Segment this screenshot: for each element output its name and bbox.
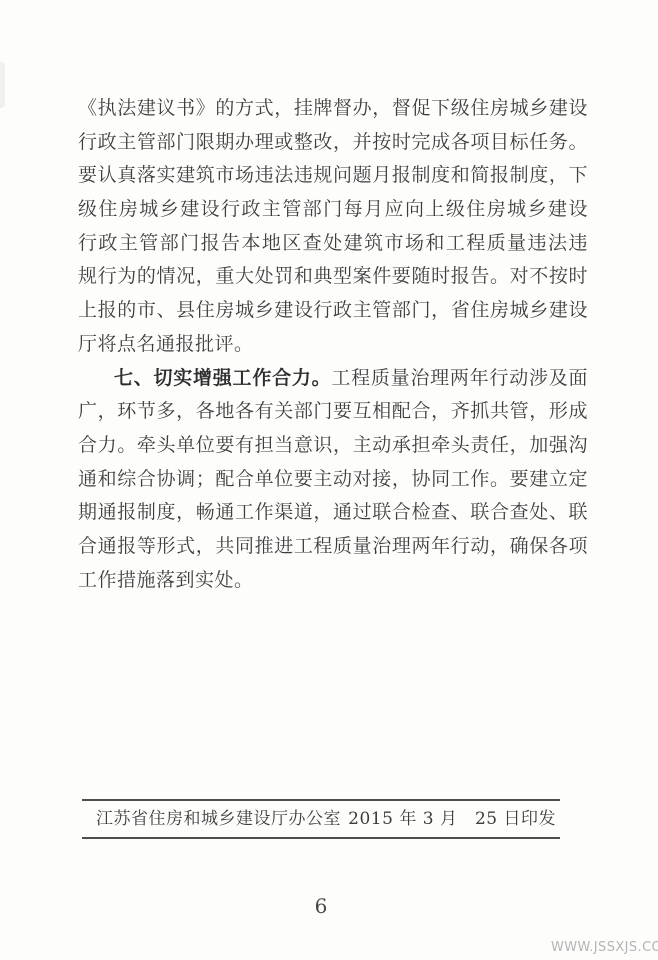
footer-rule-top xyxy=(82,799,560,801)
document-page: 《执法建议书》的方式，挂牌督办，督促下级住房城乡建设行政主管部门限期办理或整改，… xyxy=(0,0,658,960)
body-line-p1-2: 行政主管部门限期办理或整改，并按时完成各项目标任务。 xyxy=(78,126,588,160)
body-line-p2-3: 合力。牵头单位要有担当意识，主动承担牵头责任，加强沟 xyxy=(78,429,588,463)
body-line-p2-4: 通和综合协调；配合单位要主动对接，协同工作。要建立定 xyxy=(78,463,588,497)
section-heading-bold: 七、切实增强工作合力。 xyxy=(114,367,331,389)
body-line-p2-7: 工作措施落到实处。 xyxy=(78,564,588,598)
body-line-p1-6: 规行为的情况，重大处罚和典型案件要随时报告。对不按时 xyxy=(78,260,588,294)
body-line-p1-1: 《执法建议书》的方式，挂牌督办，督促下级住房城乡建设 xyxy=(78,92,588,126)
document-body: 《执法建议书》的方式，挂牌督办，督促下级住房城乡建设行政主管部门限期办理或整改，… xyxy=(78,92,588,597)
body-line-p2-5: 期通报制度，畅通工作渠道，通过联合检查、联合查处、联 xyxy=(78,496,588,530)
body-line-p2-2: 广，环节多，各地各有关部门要互相配合，齐抓共管，形成 xyxy=(78,395,588,429)
footer-rule-bottom xyxy=(82,837,560,839)
page-number: 6 xyxy=(296,894,346,918)
body-line-p2-1: 七、切实增强工作合力。工程质量治理两年行动涉及面 xyxy=(78,362,588,396)
footer-row: 江苏省住房和城乡建设厅办公室 2015 年 3 月 25 日印发 xyxy=(82,805,560,833)
body-line-p1-5: 行政主管部门报告本地区查处建筑市场和工程质量违法违 xyxy=(78,227,588,261)
footer-issuer: 江苏省住房和城乡建设厅办公室 xyxy=(82,805,341,833)
footer-print-date: 2015 年 3 月 25 日印发 xyxy=(348,805,560,833)
watermark-text: WWW.JSSXJS.COM xyxy=(551,940,658,955)
body-line-p2-6: 合通报等形式，共同推进工程质量治理两年行动，确保各项 xyxy=(78,530,588,564)
body-line-p1-7: 上报的市、县住房城乡建设行政主管部门，省住房城乡建设 xyxy=(78,294,588,328)
body-line-p1-4: 级住房城乡建设行政主管部门每月应向上级住房城乡建设 xyxy=(78,193,588,227)
scan-artifact xyxy=(0,62,5,108)
body-line-p1-3: 要认真落实建筑市场违法违规问题月报制度和简报制度，下 xyxy=(78,159,588,193)
body-line-p1-8: 厅将点名通报批评。 xyxy=(78,328,588,362)
